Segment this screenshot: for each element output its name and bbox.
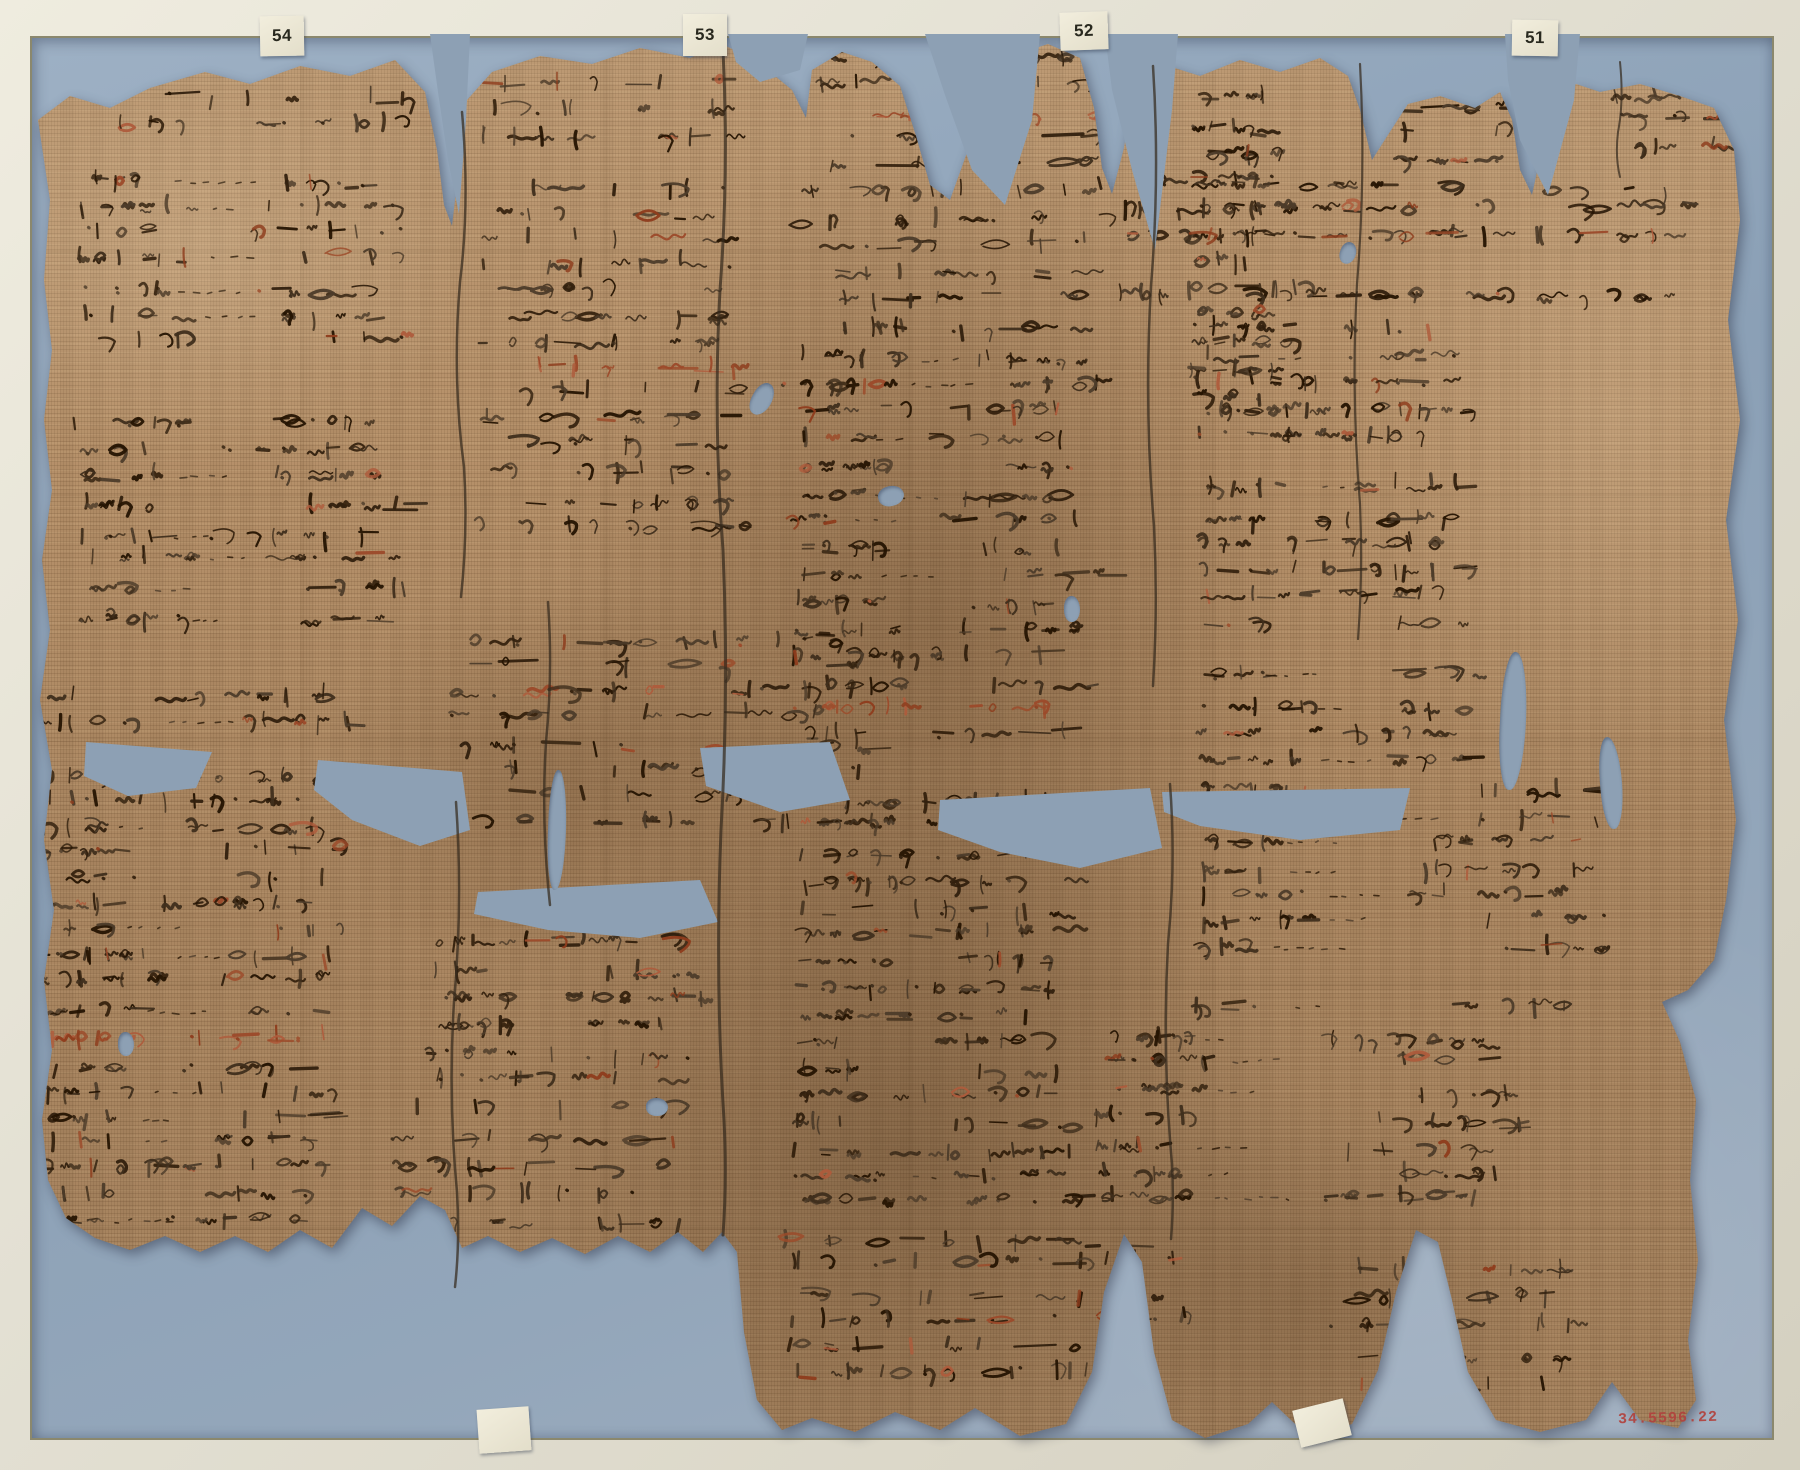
label-tab-51: 51 xyxy=(1512,20,1559,57)
fragment-number: 54 xyxy=(272,26,292,46)
papyrus-photo: 54 53 52 51 34.5596.22 xyxy=(0,0,1800,1470)
crack-paths xyxy=(452,50,1622,1287)
label-tab-52: 52 xyxy=(1059,11,1108,51)
label-tab-54: 54 xyxy=(260,16,305,57)
blank-label-tab xyxy=(477,1406,532,1454)
label-tab-53: 53 xyxy=(683,14,727,56)
fragment-number: 51 xyxy=(1525,28,1545,48)
crack-lines-overlay xyxy=(0,0,1800,1470)
fragment-number: 53 xyxy=(695,25,715,45)
accession-number: 34.5596.22 xyxy=(1618,1409,1718,1429)
fragment-number: 52 xyxy=(1074,21,1095,42)
